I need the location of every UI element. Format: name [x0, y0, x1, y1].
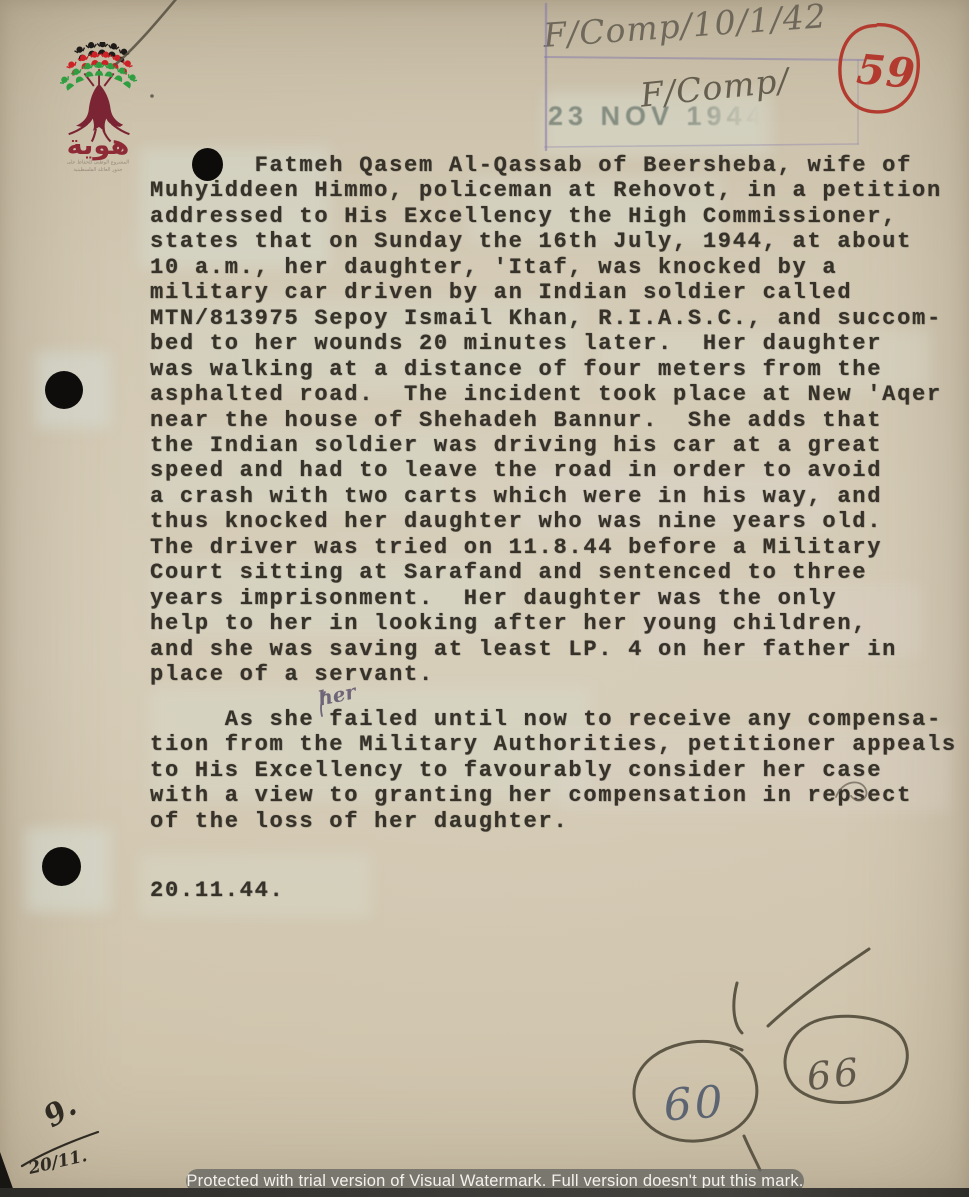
typed-line: of the loss of her daughter.: [150, 809, 962, 834]
typed-line: speed and had to leave the road in order…: [150, 458, 962, 483]
pencil-check-mark: [768, 949, 869, 1026]
hole-punch-bottom: [42, 847, 81, 886]
typed-line: near the house of Shehadeh Bannur. She a…: [150, 408, 962, 433]
pencil-number-right: 66: [805, 1050, 864, 1099]
typed-line: place of a servant.: [150, 662, 962, 687]
corner-signature: 9.: [38, 1089, 83, 1135]
typed-line: Court sitting at Sarafand and sentenced …: [150, 560, 962, 585]
typed-line: 10 a.m., her daughter, 'Itaf, was knocke…: [150, 255, 962, 280]
typed-line: help to her in looking after her young c…: [150, 611, 962, 636]
typed-line: tion from the Military Authorities, peti…: [150, 732, 962, 757]
typed-line: bed to her wounds 20 minutes later. Her …: [150, 331, 962, 356]
pencil-number-left: 60: [662, 1076, 727, 1131]
corner-date: 20/11.: [26, 1146, 89, 1179]
logo-people-red: [66, 51, 134, 76]
typed-paragraph-1: Fatmeh Qasem Al-Qassab of Beersheba, wif…: [150, 153, 962, 688]
typed-line: Muhyiddeen Himmo, policeman at Rehovot, …: [150, 178, 962, 203]
logo-arabic-title: هوية: [67, 130, 130, 161]
typed-line: military car driven by an Indian soldier…: [150, 280, 962, 305]
typed-line: to His Excellency to favourably consider…: [150, 758, 962, 783]
typed-line: and she was saving at least LP. 4 on her…: [150, 637, 962, 662]
logo-people-green: [59, 62, 139, 90]
logo-caption-line1: المشروع الوطني للحفاظ على: [67, 160, 129, 166]
logo-people-black: [74, 42, 130, 63]
typed-line: thus knocked her daughter who was nine y…: [150, 509, 962, 534]
file-reference-handwritten: F/Comp/10/1/42: [542, 0, 828, 55]
huwiyya-logo: هوية المشروع الوطني للحفاظ على جذور العا…: [56, 42, 140, 174]
typed-line: asphalted road. The incident took place …: [150, 382, 962, 407]
typed-line: The driver was tried on 11.8.44 before a…: [150, 535, 962, 560]
typed-line: addressed to His Excellency the High Com…: [150, 204, 962, 229]
red-circle-icon: [836, 21, 921, 115]
pencil-circle-60: [634, 1041, 757, 1141]
scan-edge-bottom: [0, 1188, 969, 1197]
typed-date: 20.11.44.: [150, 878, 962, 903]
typed-line: As she failed until now to receive any c…: [150, 707, 962, 732]
date-stamp: 23 NOV 1944: [548, 101, 767, 132]
pencil-circle-66: [785, 1016, 907, 1102]
typed-line: was walking at a distance of four meters…: [150, 357, 962, 382]
scanned-document-page: هوية المشروع الوطني للحفاظ على جذور العا…: [0, 0, 969, 1197]
typed-line: states that on Sunday the 16th July, 194…: [150, 229, 962, 254]
typed-line: a crash with two carts which were in his…: [150, 484, 962, 509]
typed-line: with a view to granting her compensation…: [150, 783, 962, 808]
corner-signature-group: 9. 20/11.: [22, 1089, 98, 1180]
typed-line: Fatmeh Qasem Al-Qassab of Beersheba, wif…: [150, 153, 962, 178]
logo-tree-trunk: [69, 84, 130, 142]
logo-branches: [84, 69, 113, 86]
typed-line: the Indian soldier was driving his car a…: [150, 433, 962, 458]
typed-paragraph-2: As she failed until now to receive any c…: [150, 707, 962, 834]
red-page-number: 59: [855, 45, 918, 98]
logo-caption-line2: جذور العائلة الفلسطينية: [73, 167, 122, 173]
typed-line: MTN/813975 Sepoy Ismail Khan, R.I.A.S.C.…: [150, 306, 962, 331]
typed-line: years imprisonment. Her daughter was the…: [150, 586, 962, 611]
hole-punch-top: [45, 371, 83, 409]
